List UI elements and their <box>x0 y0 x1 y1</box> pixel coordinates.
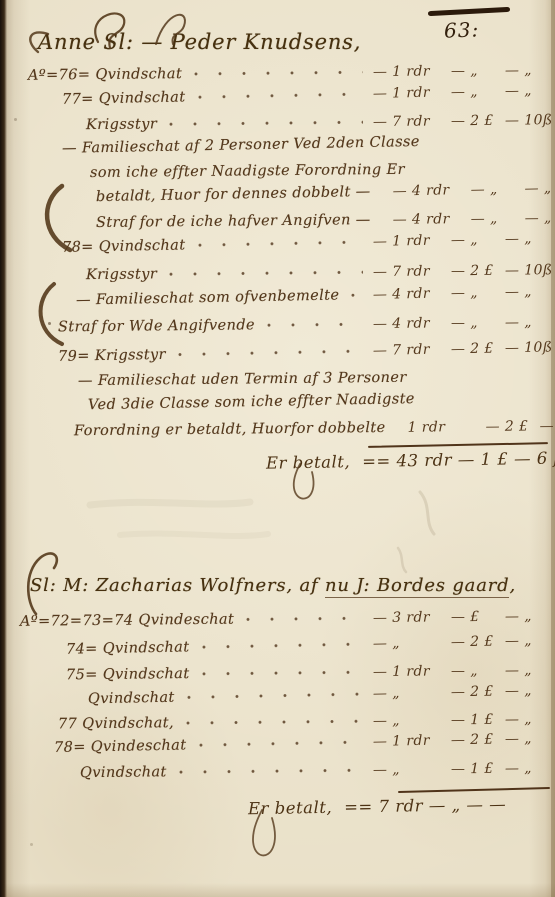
entry-label: 78= Qvindschat <box>62 237 186 255</box>
entry-row: betaldt, Huor for dennes dobbelt — — 4 r… <box>0 181 547 207</box>
amount-rdr: — 3 rdr <box>373 609 451 626</box>
amount-mark: — „ <box>451 63 505 80</box>
dot-leader <box>179 768 363 774</box>
dot-leader <box>267 322 363 327</box>
entry-row: — Familieschat som ofvenbemelte — 4 rdr—… <box>0 284 547 310</box>
amount-rdr: — 7 rdr <box>373 341 451 358</box>
amount-mark: — 1 £ <box>451 712 505 729</box>
dot-leader <box>178 349 363 357</box>
amount-skilling: — „ <box>539 418 555 434</box>
amount-skilling: — „ <box>505 608 547 624</box>
entry-row: 74= Qvindschat — „— 2 £— „ <box>0 633 547 659</box>
sum-value: == 7 rdr — „ — — <box>344 795 506 817</box>
page-number: 63: <box>444 17 480 42</box>
amount-skilling: — „ <box>525 210 555 226</box>
amount-skilling: — 10ß <box>505 262 547 278</box>
dot-leader <box>197 92 363 99</box>
amount-rdr: — „ <box>373 634 451 651</box>
amount-rdr: — 4 rdr <box>373 315 451 332</box>
entry-label: betaldt, Huor for dennes dobbelt — <box>96 184 371 205</box>
entry-label: Ved 3die Classe som iche effter Naadigst… <box>88 391 415 413</box>
entry-label: Aº=76= Qvindschat <box>28 66 182 84</box>
entry-label: — Familieschat af 2 Personer Ved 2den Cl… <box>62 134 420 157</box>
entry-row: 75= Qvindschat — 1 rdr— „— „ <box>0 662 547 684</box>
entry-row: Aº=72=73=74 Qvindeschat — 3 rdr— £— „ <box>0 608 547 630</box>
entry-header: Anne Sl: — Peder Knudsens, <box>38 30 361 54</box>
sum-rule <box>368 442 548 448</box>
ink-speck <box>30 843 33 846</box>
amount-skilling: — „ <box>505 683 547 700</box>
binding-gutter-shadow <box>0 0 7 897</box>
entry-label: Qvindschat <box>80 764 167 781</box>
amount-rdr: — 4 rdr <box>392 182 470 199</box>
ghost-showthrough <box>90 502 250 505</box>
entry-row: Forordning er betaldt, Huorfor dobbelte … <box>0 418 547 440</box>
sum-row: Er betalt, == 7 rdr — „ — — <box>248 795 506 819</box>
entry-label: 75= Qvindschat <box>66 666 190 683</box>
entry-row: 78= Qvindeschat — 1 rdr— 2 £— „ <box>0 731 547 757</box>
amount-skilling: — 10ß <box>505 340 547 357</box>
amount-mark: — 2 £ <box>451 113 505 130</box>
sum-rule <box>398 787 550 793</box>
amount-mark: — 2 £ <box>451 263 505 280</box>
amount-skilling: — „ <box>505 760 547 776</box>
entry-label: Forordning er betaldt, Huorfor dobbelte <box>74 420 386 439</box>
amount-mark: — „ <box>451 663 505 680</box>
entry-row: som iche effter Naadigste Forordning Er <box>0 160 547 182</box>
amount-rdr: — „ <box>373 761 451 778</box>
amount-rdr: — 4 rdr <box>393 211 471 228</box>
amount-mark: — „ <box>451 315 505 332</box>
amount-mark: — 1 £ <box>451 761 505 778</box>
entry-row: Krigsstyr — 7 rdr— 2 £— 10ß <box>0 262 547 284</box>
amount-mark: — „ <box>470 181 524 198</box>
amount-skilling: — „ <box>505 83 547 100</box>
amount-mark: — 2 £ <box>451 683 505 700</box>
entry-label: Krigsstyr <box>86 116 157 133</box>
amount-rdr: — 1 rdr <box>373 84 451 101</box>
entry-header: Sl: M: Zacharias Wolfners, af nu J: Bord… <box>30 575 516 596</box>
ghost-showthrough <box>398 548 406 572</box>
amount-skilling: — „ <box>505 314 547 330</box>
amount-mark: — £ <box>451 609 505 626</box>
entry-label: Aº=72=73=74 Qvindeschat <box>20 612 234 630</box>
ghost-showthrough <box>120 534 268 536</box>
dot-leader <box>201 670 363 676</box>
amount-rdr: — 7 rdr <box>373 113 451 130</box>
entry-label: Straf for Wde Angifvende <box>58 317 255 335</box>
entry-row: 77= Qvindschat — 1 rdr— „— „ <box>0 83 547 109</box>
amount-skilling: — „ <box>505 711 547 727</box>
underlined-text: nu J: Bordes gaard <box>325 575 510 598</box>
amount-skilling: — „ <box>505 731 547 748</box>
amount-rdr: — „ <box>373 684 451 701</box>
amount-mark: — 2 £ <box>451 340 505 357</box>
entry-row: Ved 3die Classe som iche effter Naadigst… <box>0 389 547 415</box>
entry-label: — Familieschat som ofvenbemelte <box>76 287 340 308</box>
amount-rdr: 1 rdr <box>407 419 485 436</box>
amount-rdr: — „ <box>373 712 451 729</box>
amount-skilling: — 10ß <box>505 112 547 128</box>
entry-label: 74= Qvindschat <box>66 639 190 657</box>
sum-row: Er betalt, == 43 rdr — 1 £ — 6 ß. <box>266 448 555 472</box>
manuscript-page: 63: Anne Sl: — Peder Knudsens, Aº=76= Qv… <box>0 0 555 897</box>
amount-rdr: — 1 rdr <box>373 732 451 749</box>
entry-row: Straf for de iche hafver Angifven — — 4 … <box>0 210 547 232</box>
amount-rdr: — 1 rdr <box>373 63 451 80</box>
entry-label: 78= Qvindeschat <box>54 737 187 756</box>
dot-leader <box>419 374 537 379</box>
ink-speck <box>14 118 17 121</box>
ink-stroke <box>428 7 510 16</box>
entry-row: — Familieschat af 2 Personer Ved 2den Cl… <box>0 132 547 158</box>
entry-row: 77 Qvindschat, — „— 1 £— „ <box>0 711 547 733</box>
dot-leader <box>169 120 363 126</box>
entry-label: — Familieschat uden Termin af 3 Personer <box>78 370 407 389</box>
entry-row: — Familieschat uden Termin af 3 Personer <box>0 368 547 390</box>
entry-row: Straf for Wde Angifvende — 4 rdr— „— „ <box>0 314 547 336</box>
dot-leader <box>197 240 363 247</box>
dot-leader <box>432 138 537 144</box>
dot-leader <box>351 293 363 297</box>
entry-label: 77= Qvindschat <box>62 89 186 107</box>
amount-mark: — 2 £ <box>451 633 505 650</box>
entry-row: Aº=76= Qvindschat — 1 rdr— „— „ <box>0 62 547 84</box>
amount-mark: — „ <box>451 284 505 301</box>
dot-leader <box>427 395 537 401</box>
dot-leader <box>186 719 363 725</box>
entry-row: 79= Krigsstyr — 7 rdr— 2 £— 10ß <box>0 340 547 366</box>
amount-skilling: — „ <box>505 633 547 650</box>
dot-leader <box>169 270 363 276</box>
amount-skilling: — „ <box>505 284 547 301</box>
entry-row: Qvindschat — „— 1 £— „ <box>0 760 547 782</box>
entry-label: Straf for de iche hafver Angifven — <box>96 212 371 231</box>
ink-speck <box>48 322 51 325</box>
amount-skilling: — „ <box>505 62 547 78</box>
sum-label: Er betalt, <box>248 798 332 818</box>
amount-mark: — „ <box>451 83 505 100</box>
entry-row: Krigsstyr — 7 rdr— 2 £— 10ß <box>0 112 547 134</box>
dot-leader <box>187 692 363 699</box>
entry-label: 77 Qvindschat, <box>58 715 174 732</box>
dot-leader <box>194 70 363 76</box>
amount-skilling: — „ <box>505 231 547 248</box>
dot-leader <box>198 740 363 747</box>
sum-label: Er betalt, <box>266 452 350 472</box>
amount-rdr: — 1 rdr <box>373 232 451 249</box>
ghost-showthrough <box>420 492 434 534</box>
amount-rdr: — 7 rdr <box>373 263 451 280</box>
entry-label: som iche effter Naadigste Forordning Er <box>90 162 405 181</box>
amount-rdr: — 1 rdr <box>373 663 451 680</box>
entry-label: 79= Krigsstyr <box>58 347 166 365</box>
entry-label: Krigsstyr <box>86 266 157 283</box>
dot-leader <box>417 166 537 171</box>
entry-row: Qvindschat — „— 2 £— „ <box>0 683 547 709</box>
amount-mark: — 2 £ <box>485 418 539 435</box>
amount-mark: — „ <box>451 231 505 248</box>
amount-rdr: — 4 rdr <box>373 285 451 302</box>
sum-value: == 43 rdr — 1 £ — 6 ß. <box>362 448 555 471</box>
dot-leader <box>246 616 363 621</box>
amount-mark: — 2 £ <box>451 731 505 748</box>
entry-row: 78= Qvindschat — 1 rdr— „— „ <box>0 231 547 257</box>
entry-label: Qvindschat <box>88 690 175 708</box>
amount-skilling: — „ <box>524 180 555 197</box>
amount-mark: — „ <box>471 211 525 228</box>
dot-leader <box>201 642 363 649</box>
amount-skilling: — „ <box>505 662 547 678</box>
